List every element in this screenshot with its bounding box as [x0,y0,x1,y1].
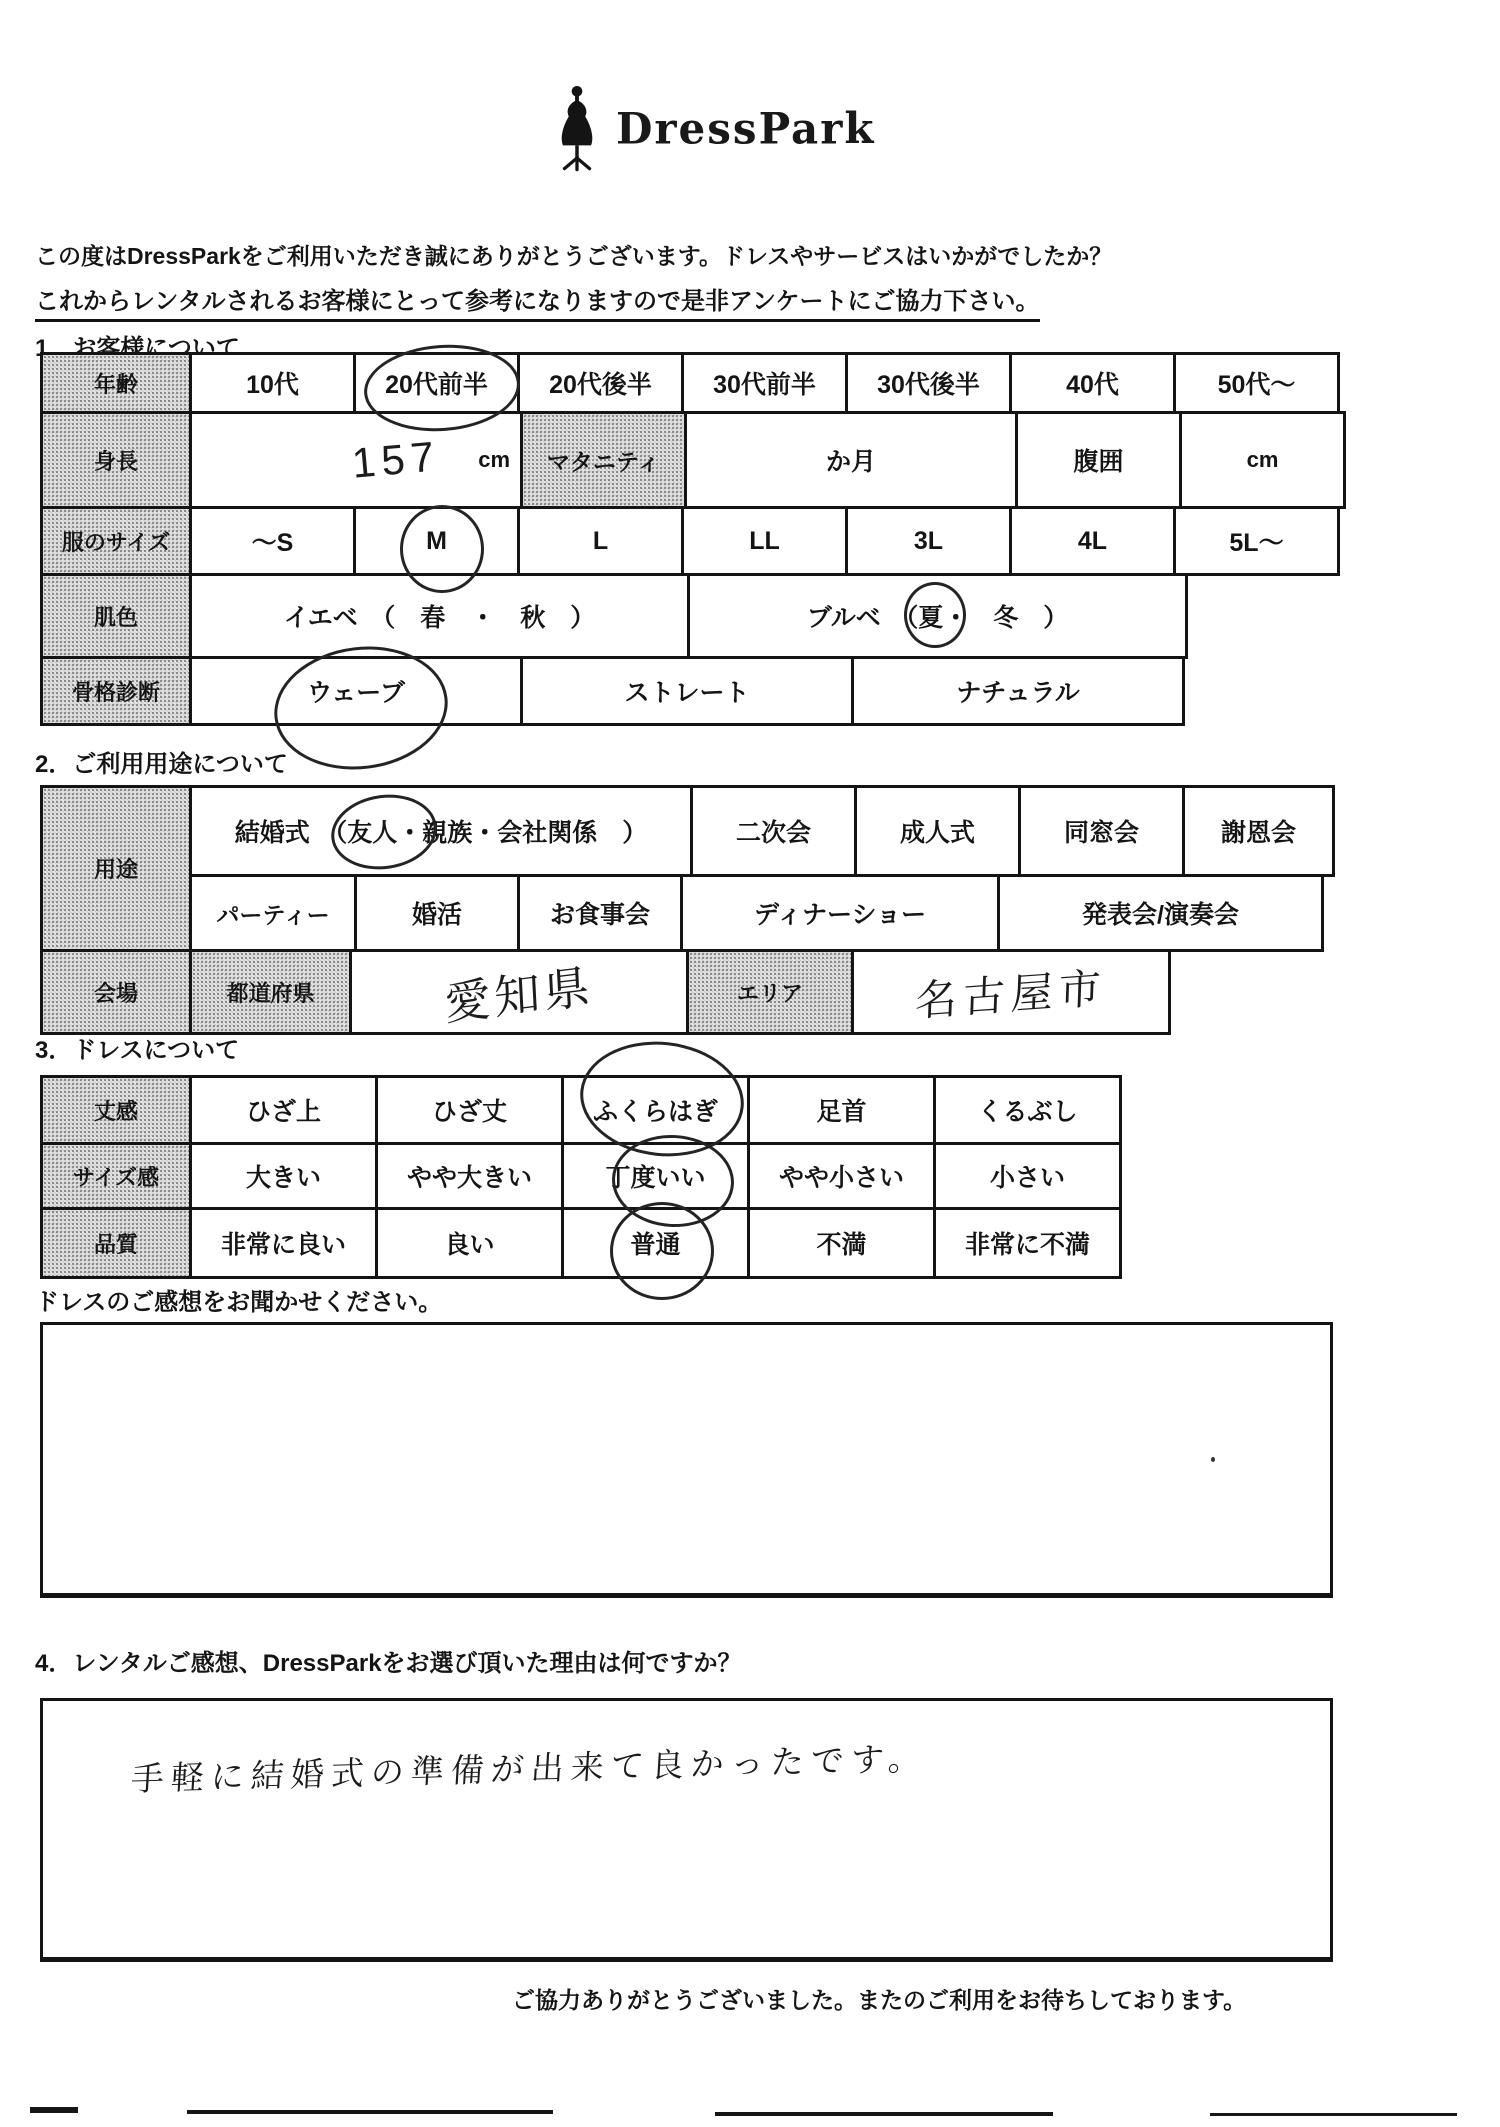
row-label-size: 服のサイズ [40,506,192,576]
row-label-length: 丈感 [40,1075,192,1145]
option-cell: 20代後半 [517,352,684,414]
height-value-cell: 157 cm [189,411,523,509]
prefecture-value-cell: 愛知県 [349,949,689,1035]
handwritten-rental-comment: 手軽に結婚式の準備が出来て良かったです。 [130,1733,930,1801]
dress-comment-prompt: ドレスのご感想をお聞かせください。 [35,1282,442,1317]
option-cell: 良い [375,1207,564,1279]
option-cell: ～S [189,506,356,576]
option-cell: 3L [845,506,1012,576]
option-cell: 非常に良い [189,1207,378,1279]
option-cell: 50代～ [1173,352,1340,414]
brand-name: DressPark [616,103,875,153]
option-cell: 成人式 [854,785,1021,877]
option-cell: 40代 [1009,352,1176,414]
area-label-cell: エリア [686,949,854,1035]
waist-cell: 腹囲 [1015,411,1182,509]
option-cell: ナチュラル [851,656,1185,726]
length-row: 丈感 ひざ上 ひざ丈 ふくらはぎ 足首 くるぶし [40,1075,1122,1145]
option-cell: お食事会 [517,874,683,952]
wedding-cell: 結婚式 （ 友人 ・親族・会社関係 ） [189,785,693,877]
option-cell: やや大きい [375,1142,564,1210]
option-cell-selected: 20代前半 [353,352,520,414]
option-cell: 10代 [189,352,356,414]
skin-row: 肌色 イエベ （ 春 ・ 秋 ） ブルベ （ 夏 ・ 冬 ） [40,573,1188,659]
option-cell: 不満 [747,1207,936,1279]
months-cell: か月 [684,411,1018,509]
skin-blue-cell: ブルベ （ 夏 ・ 冬 ） [687,573,1188,659]
section2-title: 2．ご利用用途について [35,744,288,779]
option-cell: ディナーショー [680,874,1000,952]
scanned-survey-sheet: DressPark この度はDressParkをご利用いただき誠にありがとうござ… [0,0,1500,2127]
handwritten-area: 名古屋市 [914,955,1108,1029]
option-cell: L [517,506,684,576]
row-label-age: 年齢 [40,352,192,414]
size-row: 服のサイズ ～S M L LL 3L 4L 5L～ [40,506,1340,576]
scan-artifact-line [1210,2113,1457,2116]
option-cell: 4L [1009,506,1176,576]
rental-comment-box: 手軽に結婚式の準備が出来て良かったです。 [40,1698,1333,1962]
option-cell: やや小さい [747,1142,936,1210]
closing-message: ご協力ありがとうございました。またのご利用をお待ちしております。 [512,1982,1246,2015]
row-label-quality: 品質 [40,1207,192,1279]
option-cell-selected: 普通 [561,1207,750,1279]
fit-row: サイズ感 大きい やや大きい 丁度いい やや小さい 小さい [40,1142,1122,1210]
option-cell: 発表会/演奏会 [997,874,1324,952]
purpose-row-1: 結婚式 （ 友人 ・親族・会社関係 ） 二次会 成人式 同窓会 謝恩会 [189,785,1335,877]
age-row: 年齢 10代 20代前半 20代後半 30代前半 30代後半 40代 50代～ [40,352,1340,414]
option-cell: 足首 [747,1075,936,1145]
option-cell: くるぶし [933,1075,1122,1145]
height-unit: cm [478,447,510,473]
intro-line-1: この度はDressParkをご利用いただき誠にありがとうございます。ドレスやサー… [35,238,1112,271]
brand-logo: DressPark [548,84,875,172]
option-cell-selected: 丁度いい [561,1142,750,1210]
option-cell-selected: M [353,506,520,576]
option-cell: ストレート [520,656,854,726]
option-cell: 小さい [933,1142,1122,1210]
waist-unit-cell: cm [1179,411,1346,509]
height-row: 身長 157 cm マタニティ か月 腹囲 cm [40,411,1346,509]
wedding-selected: 友人 [347,813,397,849]
row-label-skin: 肌色 [40,573,192,659]
skin-yellow-cell: イエベ （ 春 ・ 秋 ） [189,573,690,659]
option-cell: パーティー [189,874,357,952]
option-cell: 同窓会 [1018,785,1185,877]
option-cell: 30代後半 [845,352,1012,414]
row-label-frame: 骨格診断 [40,656,192,726]
purpose-row-2: パーティー 婚活 お食事会 ディナーショー 発表会/演奏会 [189,874,1324,952]
maternity-cell: マタニティ [520,411,687,509]
option-cell: ひざ上 [189,1075,378,1145]
frame-row: 骨格診断 ウェーブ ストレート ナチュラル [40,656,1185,726]
dress-comment-box [40,1322,1333,1598]
option-cell: 5L～ [1173,506,1340,576]
option-cell: LL [681,506,848,576]
scan-artifact-line [30,2107,78,2113]
option-cell: 非常に不満 [933,1207,1122,1279]
row-label-fit: サイズ感 [40,1142,192,1210]
option-cell-selected: ふくらはぎ [561,1075,750,1145]
option-cell: 大きい [189,1142,378,1210]
dress-form-icon [548,84,606,172]
option-cell: 二次会 [690,785,857,877]
handwritten-prefecture: 愛知県 [443,950,595,1034]
quality-row: 品質 非常に良い 良い 普通 不満 非常に不満 [40,1207,1122,1279]
scan-artifact-line [715,2112,1053,2116]
option-cell: 謝恩会 [1182,785,1335,877]
row-label-purpose: 用途 [40,785,192,952]
prefecture-label-cell: 都道府県 [189,949,352,1035]
area-value-cell: 名古屋市 [851,949,1171,1035]
handwritten-height: 157 [350,432,442,487]
option-cell: 婚活 [354,874,520,952]
skin-blue-selected: 夏 [918,598,943,634]
option-cell-selected: ウェーブ [189,656,523,726]
option-cell: 30代前半 [681,352,848,414]
row-label-height: 身長 [40,411,192,509]
venue-row: 会場 都道府県 愛知県 エリア 名古屋市 [40,949,1171,1035]
scan-artifact-line [187,2110,553,2114]
scan-speck [1211,1457,1215,1462]
rental-comment-prompt: 4．レンタルご感想、DressParkをお選び頂いた理由は何ですか？ [35,1643,742,1678]
row-label-venue: 会場 [40,949,192,1035]
option-cell: ひざ丈 [375,1075,564,1145]
section3-title: 3．ドレスについて [35,1030,239,1065]
intro-line-2: これからレンタルされるお客様にとって参考になりますので是非アンケートにご協力下さ… [35,281,1040,322]
